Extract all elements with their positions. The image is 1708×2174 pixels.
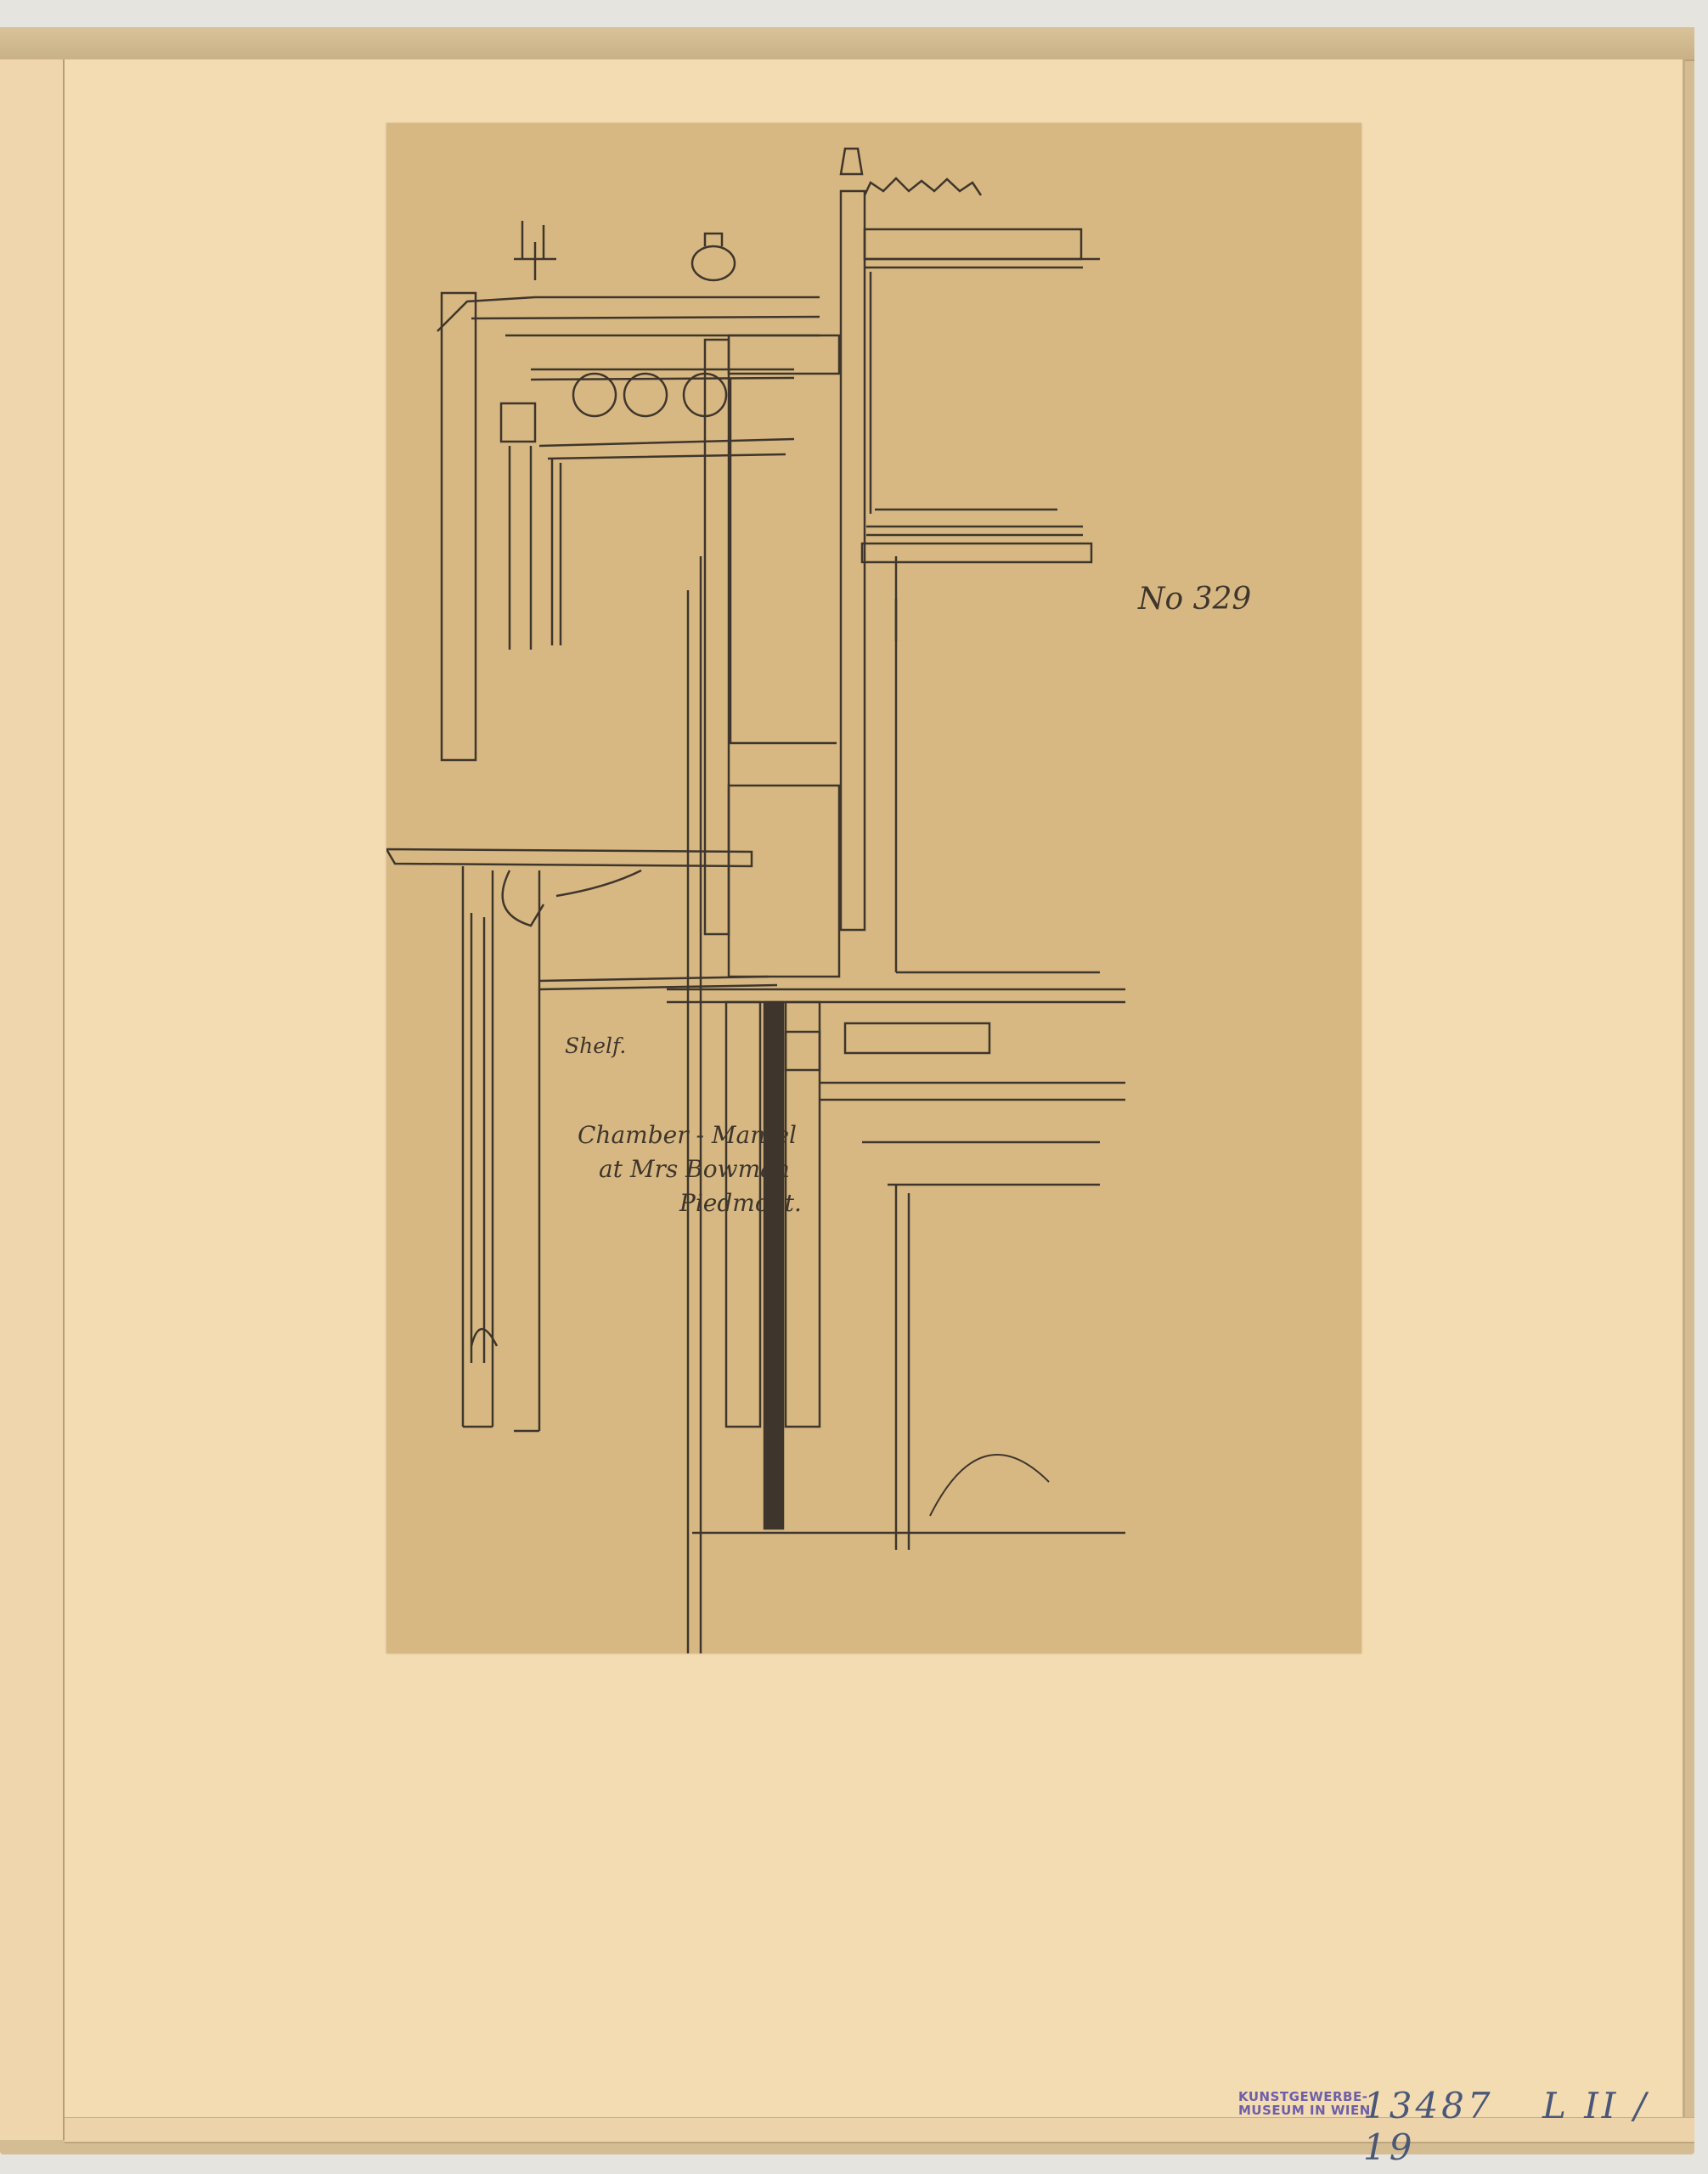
mantel-drawings [386, 123, 1361, 1653]
caption-line-3: Piedmont. [679, 1189, 802, 1217]
caption-line-1: Chamber - Mantel [578, 1121, 797, 1149]
sketch-sheet: Shelf. Chamber - Mantel at Mrs Bowman Pi… [386, 123, 1361, 1653]
inventory-id: 13487 [1363, 2085, 1494, 2126]
shelf-label: Shelf. [565, 1033, 626, 1058]
stamp-line-2: MUSEUM IN WIEN [1238, 2104, 1371, 2117]
inventory-number: 13487 L II / 19 [1363, 2085, 1708, 2168]
album-top-edge [0, 27, 1694, 61]
museum-stamp: KUNSTGEWERBE- MUSEUM IN WIEN [1238, 2090, 1371, 2117]
caption-line-2: at Mrs Bowman [599, 1155, 790, 1183]
mantel-corner-sketch [437, 221, 896, 760]
left-album-leaf [0, 59, 65, 2140]
overmantel-sketch [667, 149, 1125, 1653]
number-label: No 329 [1138, 582, 1251, 617]
stamp-line-1: KUNSTGEWERBE- [1238, 2090, 1371, 2104]
